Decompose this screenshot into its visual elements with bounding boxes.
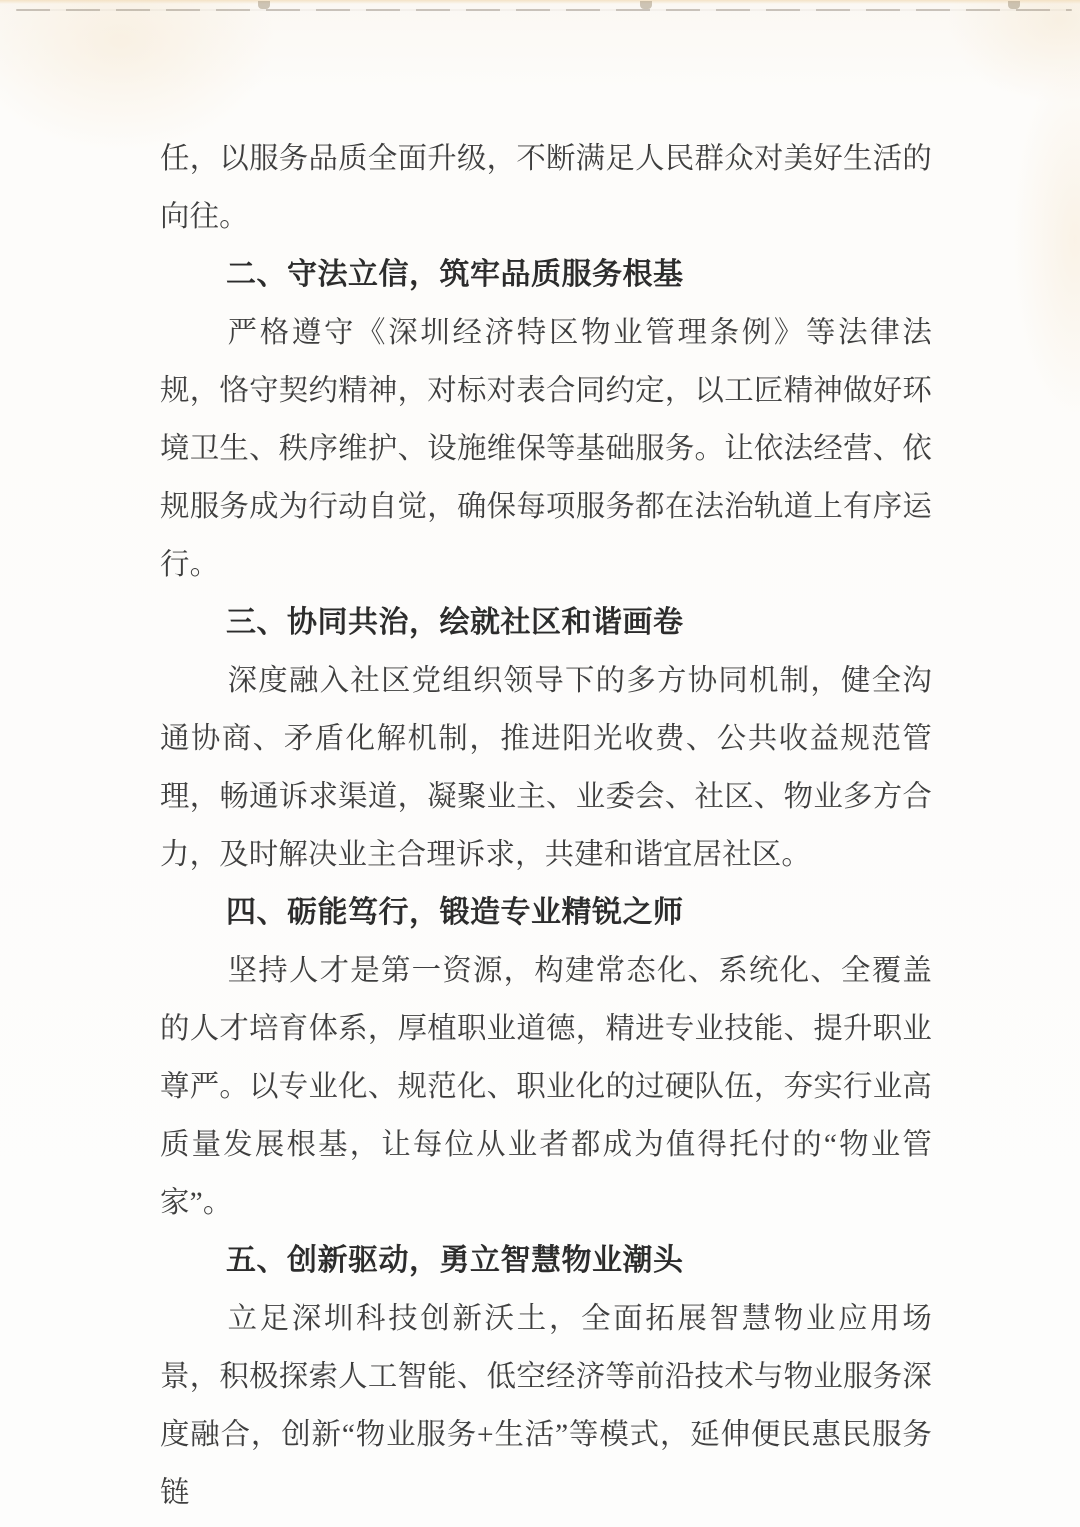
scan-edge-tick <box>258 1 270 9</box>
scanned-page: 任，以服务品质全面升级，不断满足人民群众对美好生活的向往。 二、守法立信，筑牢品… <box>0 0 1080 1527</box>
scan-edge-tick <box>640 1 652 9</box>
section-heading-shoufa-lixin: 二、守法立信，筑牢品质服务根基 <box>160 246 932 304</box>
section-heading-xietong-gongzhi: 三、协同共治，绘就社区和谐画卷 <box>160 594 932 652</box>
section-paragraph-xietong-gongzhi: 深度融入社区党组织领导下的多方协同机制，健全沟通协商、矛盾化解机制，推进阳光收费… <box>160 652 932 884</box>
section-paragraph-chuangxin-qudong: 立足深圳科技创新沃土，全面拓展智慧物业应用场景，积极探索人工智能、低空经济等前沿… <box>160 1290 932 1522</box>
paragraph-continuation: 任，以服务品质全面升级，不断满足人民群众对美好生活的向往。 <box>160 130 932 246</box>
document-content: 任，以服务品质全面升级，不断满足人民群众对美好生活的向往。 二、守法立信，筑牢品… <box>160 130 932 1522</box>
section-heading-chuangxin-qudong: 五、创新驱动，勇立智慧物业潮头 <box>160 1232 932 1290</box>
scan-edge-cream-band <box>0 0 1080 4</box>
section-paragraph-shoufa-lixin: 严格遵守《深圳经济特区物业管理条例》等法律法规，恪守契约精神，对标对表合同约定，… <box>160 304 932 594</box>
scan-edge-tick <box>1008 1 1020 9</box>
scan-edge-line <box>16 9 1072 11</box>
section-heading-lineng-duxing: 四、砺能笃行，锻造专业精锐之师 <box>160 884 932 942</box>
section-paragraph-lineng-duxing: 坚持人才是第一资源，构建常态化、系统化、全覆盖的人才培育体系，厚植职业道德，精进… <box>160 942 932 1232</box>
